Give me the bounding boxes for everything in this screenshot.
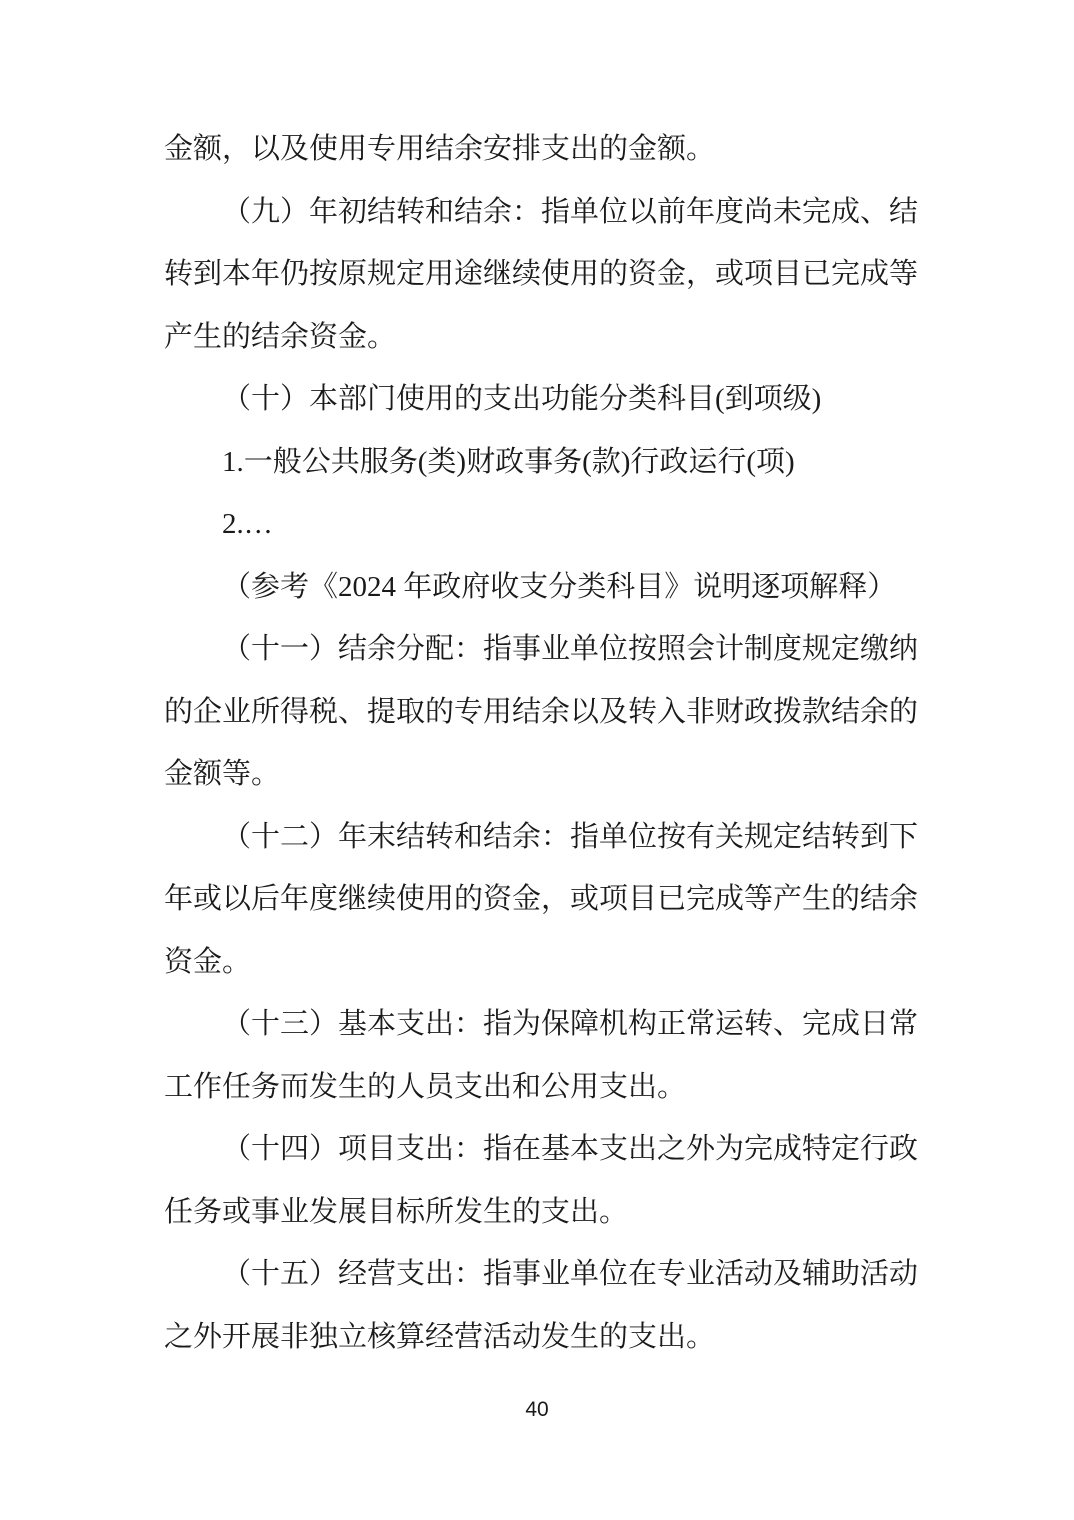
text-line: 1.一般公共服务(类)财政事务(款)行政运行(项): [164, 431, 900, 494]
document-page: 金额，以及使用专用结余安排支出的金额。（九）年初结转和结余：指单位以前年度尚未完…: [0, 0, 1074, 1520]
text-line: 金额，以及使用专用结余安排支出的金额。: [164, 118, 900, 181]
paragraph: 金额，以及使用专用结余安排支出的金额。: [164, 118, 900, 181]
text-line: 2.…: [164, 493, 900, 556]
paragraph: （十）本部门使用的支出功能分类科目(到项级): [164, 368, 900, 431]
text-line: （十四）项目支出：指在基本支出之外为完成特定行政: [164, 1118, 900, 1181]
text-line: 转到本年仍按原规定用途继续使用的资金，或项目已完成等: [164, 243, 900, 306]
paragraph: （十四）项目支出：指在基本支出之外为完成特定行政任务或事业发展目标所发生的支出。: [164, 1118, 900, 1243]
text-line: （九）年初结转和结余：指单位以前年度尚未完成、结: [164, 181, 900, 244]
page-number: 40: [525, 1398, 548, 1421]
text-line: （十三）基本支出：指为保障机构正常运转、完成日常: [164, 993, 900, 1056]
text-line: （十一）结余分配：指事业单位按照会计制度规定缴纳: [164, 618, 900, 681]
text-line: （十）本部门使用的支出功能分类科目(到项级): [164, 368, 900, 431]
paragraph: （参考《2024 年政府收支分类科目》说明逐项解释）: [164, 556, 900, 619]
text-line: （十五）经营支出：指事业单位在专业活动及辅助活动: [164, 1243, 900, 1306]
paragraph: 1.一般公共服务(类)财政事务(款)行政运行(项): [164, 431, 900, 494]
text-line: 任务或事业发展目标所发生的支出。: [164, 1181, 900, 1244]
paragraph: （十一）结余分配：指事业单位按照会计制度规定缴纳的企业所得税、提取的专用结余以及…: [164, 618, 900, 806]
paragraph: 2.…: [164, 493, 900, 556]
paragraph: （十三）基本支出：指为保障机构正常运转、完成日常工作任务而发生的人员支出和公用支…: [164, 993, 900, 1118]
text-line: （参考《2024 年政府收支分类科目》说明逐项解释）: [164, 556, 900, 619]
text-line: 年或以后年度继续使用的资金，或项目已完成等产生的结余: [164, 868, 900, 931]
page-footer: 40: [0, 1398, 1074, 1422]
text-line: 工作任务而发生的人员支出和公用支出。: [164, 1056, 900, 1119]
document-body: 金额，以及使用专用结余安排支出的金额。（九）年初结转和结余：指单位以前年度尚未完…: [164, 118, 900, 1368]
paragraph: （九）年初结转和结余：指单位以前年度尚未完成、结转到本年仍按原规定用途继续使用的…: [164, 181, 900, 369]
paragraph: （十五）经营支出：指事业单位在专业活动及辅助活动之外开展非独立核算经营活动发生的…: [164, 1243, 900, 1368]
text-line: 产生的结余资金。: [164, 306, 900, 369]
text-line: 金额等。: [164, 743, 900, 806]
paragraph: （十二）年末结转和结余：指单位按有关规定结转到下年或以后年度继续使用的资金，或项…: [164, 806, 900, 994]
text-line: 资金。: [164, 931, 900, 994]
text-line: （十二）年末结转和结余：指单位按有关规定结转到下: [164, 806, 900, 869]
text-line: 的企业所得税、提取的专用结余以及转入非财政拨款结余的: [164, 681, 900, 744]
text-line: 之外开展非独立核算经营活动发生的支出。: [164, 1306, 900, 1369]
